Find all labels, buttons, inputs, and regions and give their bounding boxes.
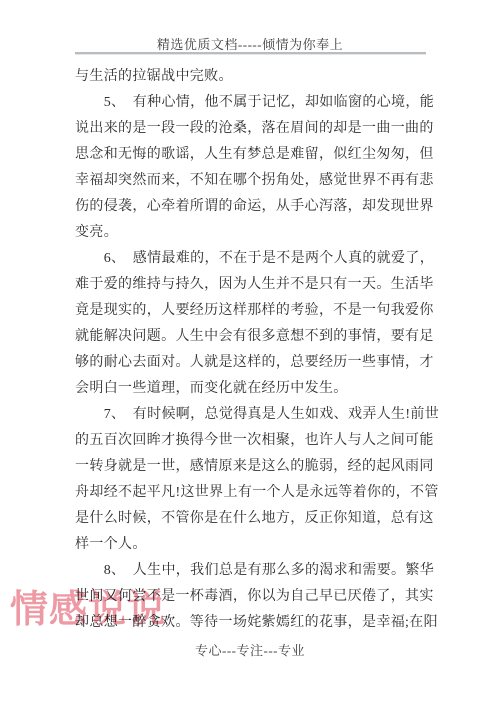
text-line: 舟却经不起平凡!这世界上有一个人是永远等着你的，不管 xyxy=(75,480,427,506)
text-line: 竟是现实的，人要经历这样那样的考验，不是一句我爱你 xyxy=(75,298,427,324)
document-page: 精选优质文档-----倾情为你奉上 与生活的拉锯战中完败。 5、 有种心情，他不… xyxy=(0,0,500,708)
text-line: 世间又何尝不是一杯毒酒，你以为自己早已厌倦了，其实 xyxy=(75,584,427,610)
text-line: 就能解决问题。人生中会有很多意想不到的事情，要有足 xyxy=(75,324,427,350)
text-line: 难于爱的维持与持久，因为人生并不是只有一天。生活毕 xyxy=(75,272,427,298)
text-line: 够的耐心去面对。人就是这样的，总要经历一些事情，才 xyxy=(75,350,427,376)
text-line: 6、 感情最难的，不在于是不是两个人真的就爱了， xyxy=(75,246,427,272)
text-line: 思念和无悔的歌谣，人生有梦总是难留，似红尘匆匆，但 xyxy=(75,142,427,168)
text-line: 却总想一醉贪欢。等待一场姹紫嫣红的花事，是幸福;在阳 xyxy=(75,610,427,636)
text-line: 的五百次回眸才换得今世一次相聚，也许人与人之间可能 xyxy=(75,428,427,454)
document-body: 与生活的拉锯战中完败。 5、 有种心情，他不属于记忆，却如临窗的心境，能说出来的… xyxy=(75,64,427,636)
document-footer: 专心---专注---专业 xyxy=(0,640,500,659)
text-line: 是什么时候，不管你是在什么地方，反正你知道，总有这 xyxy=(75,506,427,532)
text-line: 7、 有时候啊，总觉得真是人生如戏、戏弄人生!前世 xyxy=(75,402,427,428)
text-line: 8、 人生中，我们总是有那么多的渴求和需要。繁华 xyxy=(75,558,427,584)
text-line: 5、 有种心情，他不属于记忆，却如临窗的心境，能 xyxy=(75,90,427,116)
document-header: 精选优质文档-----倾情为你奉上 xyxy=(0,34,500,53)
text-line: 变亮。 xyxy=(75,220,427,246)
text-line: 与生活的拉锯战中完败。 xyxy=(75,64,427,90)
text-line: 会明白一些道理，而变化就在经历中发生。 xyxy=(75,376,427,402)
text-line: 幸福却突然而来，不知在哪个拐角处，感觉世界不再有悲 xyxy=(75,168,427,194)
text-line: 伤的侵袭，心牵着所谓的命运，从手心泻落，却发现世界 xyxy=(75,194,427,220)
header-divider-line xyxy=(75,52,426,55)
text-line: 一转身就是一世，感情原来是这么的脆弱，经的起风雨同 xyxy=(75,454,427,480)
text-line: 说出来的是一段一段的沧桑，落在眉间的却是一曲一曲的 xyxy=(75,116,427,142)
text-line: 样一个人。 xyxy=(75,532,427,558)
